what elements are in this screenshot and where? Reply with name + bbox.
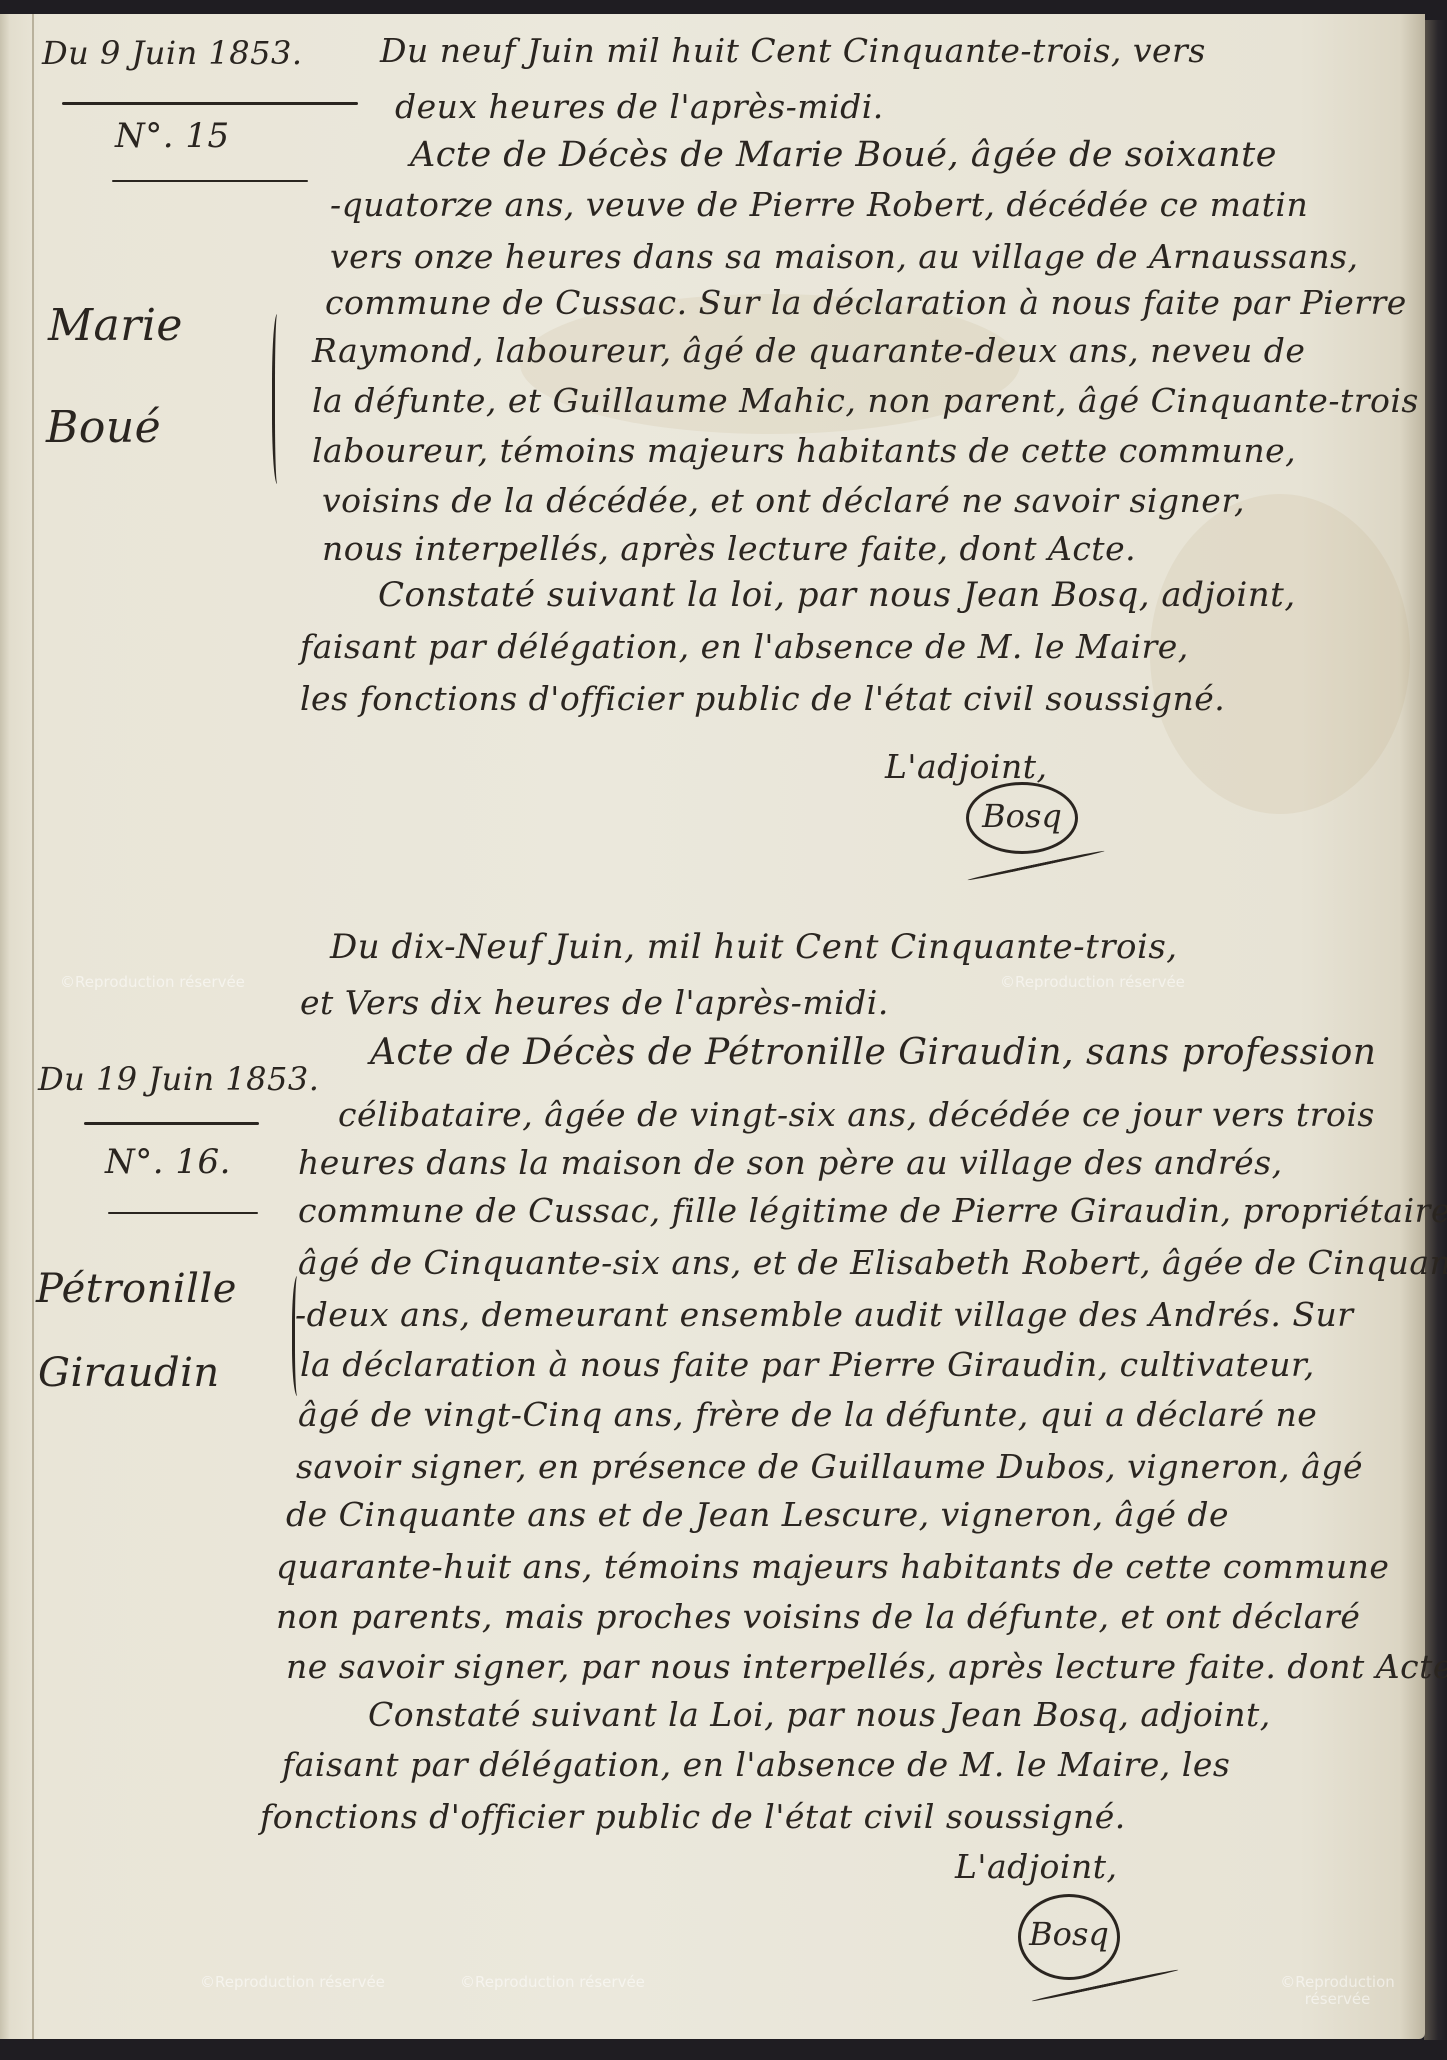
watermark: ©Reproduction réservée — [460, 1974, 645, 1991]
record-line: commune de Cussac, fille légitime de Pie… — [298, 1190, 1447, 1232]
margin-date: Du 19 Juin 1853. — [38, 1060, 319, 1098]
record-line: ne savoir signer, par nous interpellés, … — [286, 1646, 1447, 1688]
record-line: célibataire, âgée de vingt-six ans, décé… — [338, 1094, 1375, 1136]
record-number: N°. 15 — [115, 116, 230, 156]
record-line: faisant par délégation, en l'absence de … — [300, 626, 1189, 668]
record-line: la défunte, et Guillaume Mahic, non pare… — [312, 380, 1419, 422]
watermark: ©Reproduction réservée — [1000, 974, 1185, 991]
record-line: âgé de vingt-Cinq ans, frère de la défun… — [298, 1394, 1317, 1436]
deceased-name-first: Pétronille — [36, 1266, 237, 1312]
watermark: ©Reproduction réservée — [60, 974, 245, 991]
record-line: Du dix-Neuf Juin, mil huit Cent Cinquant… — [330, 926, 1178, 968]
record-line: vers onze heures dans sa maison, au vill… — [330, 236, 1359, 278]
record-line: quarante-huit ans, témoins majeurs habit… — [276, 1546, 1389, 1588]
record-line: Acte de Décès de Pétronille Giraudin, sa… — [370, 1032, 1376, 1074]
paper-stain — [1150, 494, 1410, 814]
margin-rule — [84, 1122, 259, 1125]
record-line: voisins de la décédée, et ont déclaré ne… — [322, 480, 1245, 522]
deceased-name-last: Boué — [46, 402, 161, 453]
signature-bosq: Bosq — [1018, 1894, 1120, 1980]
record-line: heures dans la maison de son père au vil… — [298, 1142, 1283, 1184]
record-line: la déclaration à nous faite par Pierre G… — [300, 1344, 1315, 1386]
signature-title: L'adjoint, — [955, 1846, 1117, 1888]
record-line: -quatorze ans, veuve de Pierre Robert, d… — [330, 184, 1308, 226]
signature-bosq: Bosq — [966, 782, 1078, 854]
watermark: ©Reproduction réservée — [1250, 1974, 1425, 2008]
record-line: Constaté suivant la loi, par nous Jean B… — [378, 574, 1296, 616]
record-line: Raymond, laboureur, âgé de quarante-deux… — [312, 330, 1305, 372]
record-line: commune de Cussac. Sur la déclaration à … — [325, 282, 1407, 324]
record-line: Du neuf Juin mil huit Cent Cinquante-tro… — [380, 30, 1206, 72]
record-number: N°. 16. — [105, 1142, 231, 1182]
record-line: deux heures de l'après-midi. — [395, 86, 884, 128]
record-line: et Vers dix heures de l'après-midi. — [300, 982, 889, 1024]
deceased-name-last: Giraudin — [38, 1350, 220, 1396]
deceased-name-first: Marie — [48, 300, 183, 351]
record-line: faisant par délégation, en l'absence de … — [282, 1744, 1230, 1786]
record-line: fonctions d'officier public de l'état ci… — [260, 1796, 1126, 1838]
record-line: non parents, mais proches voisins de la … — [276, 1596, 1360, 1638]
book-spine-edge — [1424, 20, 1447, 2040]
margin-rule — [108, 1212, 258, 1214]
margin-brace — [272, 314, 285, 484]
record-line: Acte de Décès de Marie Boué, âgée de soi… — [410, 134, 1277, 176]
record-line: Constaté suivant la Loi, par nous Jean B… — [368, 1694, 1271, 1736]
record-line: nous interpellés, après lecture faite, d… — [322, 528, 1136, 570]
signature-flourish — [967, 849, 1105, 881]
record-line: laboureur, témoins majeurs habitants de … — [312, 430, 1296, 472]
margin-rule — [62, 102, 358, 105]
record-line: savoir signer, en présence de Guillaume … — [296, 1446, 1363, 1488]
watermark: ©Reproduction réservée — [200, 1974, 385, 1991]
record-line: -deux ans, demeurant ensemble audit vill… — [295, 1294, 1354, 1336]
record-line: de Cinquante ans et de Jean Lescure, vig… — [286, 1494, 1229, 1536]
record-line: les fonctions d'officier public de l'éta… — [300, 678, 1225, 720]
margin-rule — [112, 180, 308, 182]
margin-date: Du 9 Juin 1853. — [42, 34, 303, 72]
record-line: âgé de Cinquante-six ans, et de Elisabet… — [298, 1242, 1447, 1284]
register-page: Du 9 Juin 1853. N°. 15 Marie Boué Du neu… — [0, 14, 1425, 2039]
